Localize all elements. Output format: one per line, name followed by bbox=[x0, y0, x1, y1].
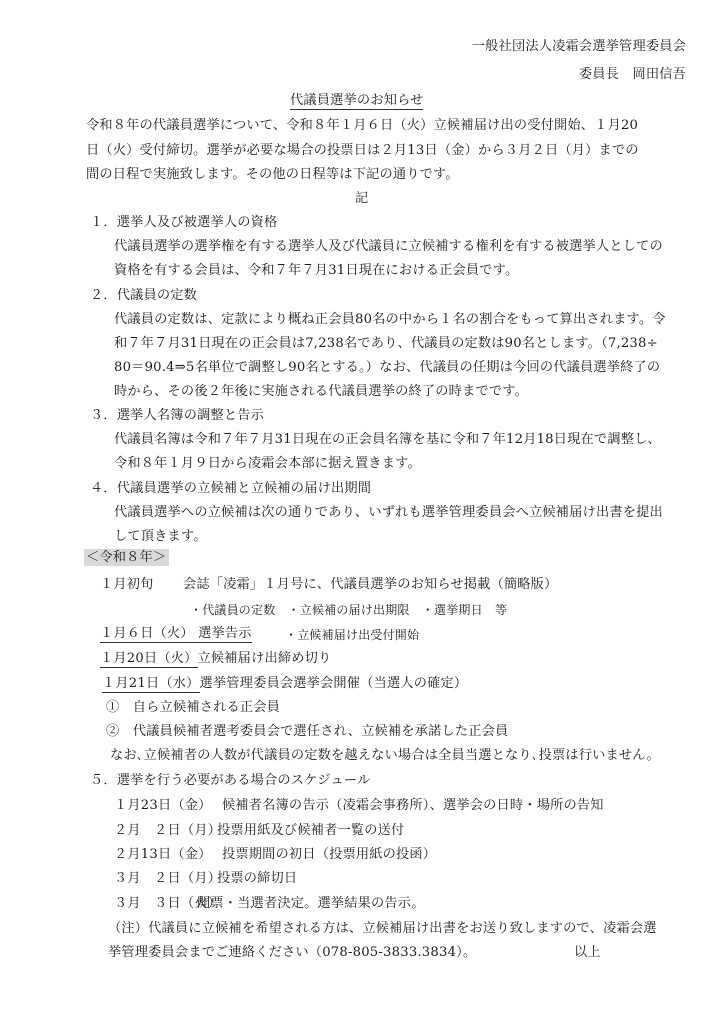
schedule-text: 会誌「凌霜」１月号に、代議員選挙のお知らせ掲載（簡略版） bbox=[183, 576, 557, 594]
schedule-row-jan21: １月21日（水）選挙管理委員会選挙会開催（当選人の確定） bbox=[102, 675, 467, 693]
section-heading: １．選挙人及び被選挙人の資格 bbox=[90, 214, 277, 232]
intro-line: 令和８年の代議員選挙について、令和８年１月６日（火）立候補届け出の受付開始、１月… bbox=[86, 117, 638, 135]
schedule-text: 投票の締切日 bbox=[217, 870, 297, 888]
document-title: 代議員選挙のお知らせ bbox=[290, 92, 423, 110]
schedule-row-jan6: １月６日（火） 選挙告示 bbox=[100, 625, 252, 643]
jan6-date-event: １月６日（火） 選挙告示 bbox=[100, 626, 252, 643]
section-line: 80＝90.4⇒5名単位で調整し90名とする。）なお、代議員の任期は今回の代議員… bbox=[114, 359, 660, 377]
jan21-date: １月21日（水） bbox=[102, 676, 200, 693]
jan6-date: １月６日（火） bbox=[100, 626, 194, 641]
section-line: 和７年７月31日現在の正会員は7,238名であり、代議員の定数は90名とします。… bbox=[114, 335, 658, 353]
schedule-date: ３月 ２日（月） bbox=[114, 870, 221, 888]
section-heading: ４．代議員選挙の立候補と立候補の届け出期間 bbox=[90, 480, 371, 498]
schedule-date: ２月 ２日（月） bbox=[114, 822, 221, 840]
jan20-event: 立候補届け出締め切り bbox=[198, 651, 332, 666]
footnote-line: 挙管理委員会までご連絡ください（078-805-3833.3834）。 bbox=[108, 944, 476, 962]
section-heading: ２．代議員の定数 bbox=[90, 287, 197, 305]
intro-line: 間の日程で実施致します。その他の日程等は下記の通りです。 bbox=[86, 166, 459, 184]
section-line: 代議員選挙への立候補は次の通りであり、いずれも選挙管理委員会へ立候補届け出書を提… bbox=[114, 504, 663, 522]
organization-name: 一般社団法人凌霜会選挙管理委員会 bbox=[472, 38, 686, 56]
schedule-date: １月23日（金） bbox=[114, 797, 212, 815]
section-line: 代議員名簿は令和７年７月31日現在の正会員名簿を基に令和７年12月18日現在で調… bbox=[114, 431, 661, 449]
schedule-text: 開票・当選者決定。選挙結果の告示。 bbox=[197, 895, 425, 913]
schedule-text: 投票期間の初日（投票用紙の投函） bbox=[222, 846, 436, 864]
jan6-event: 選挙告示 bbox=[198, 626, 252, 641]
jan6-note: ・立候補届け出受付開始 bbox=[285, 626, 419, 644]
schedule-text: 候補者名簿の告示（凌霜会事務所）、選挙会の日時・場所の告知 bbox=[222, 797, 604, 815]
section-heading: ３．選挙人名簿の調整と告示 bbox=[90, 407, 264, 425]
schedule-date: ２月13日（金） bbox=[114, 846, 212, 864]
schedule-bullets: ・代議員の定数 ・立候補の届け出期限 ・選挙期日 等 bbox=[190, 601, 507, 619]
section-line: 代議員の定数は、定款により概ね正会員80名の中から１名の割合をもって算出されます… bbox=[114, 311, 666, 329]
section-heading: ５．選挙を行う必要がある場合のスケジュール bbox=[90, 772, 370, 790]
closing-text: 以上 bbox=[574, 944, 601, 962]
schedule-note: なお､立候補者の人数が代議員の定数を越えない場合は全員当選となり､投票は行いませ… bbox=[110, 747, 660, 765]
candidate-type: ① 自ら立候補される正会員 bbox=[106, 699, 280, 717]
section-line: 時から、その後２年後に実施される代議員選挙の終了の時までです。 bbox=[114, 383, 528, 401]
candidate-type: ② 代議員候補者選考委員会で選任され、立候補を承諾した正会員 bbox=[106, 723, 508, 741]
year-label: ＜令和８年＞ bbox=[84, 549, 169, 567]
section-line: 代議員選挙の選挙権を有する選挙人及び代議員に立候補する権利を有する被選挙人として… bbox=[114, 238, 663, 256]
section-line: して頂きます。 bbox=[114, 528, 207, 546]
footnote-line: （注）代議員に立候補を希望される方は、立候補届け出書をお送り致しますので、凌霜会… bbox=[108, 920, 657, 938]
year-label-text: ＜令和８年＞ bbox=[84, 549, 169, 566]
section-line: 資格を有する会員は、令和７年７月31日現在における正会員です。 bbox=[114, 262, 518, 280]
title-text: 代議員選挙のお知らせ bbox=[290, 93, 423, 110]
schedule-row-jan20: １月20日（火）立候補届け出締め切り bbox=[100, 650, 331, 668]
section-line: 令和８年１月９日から凌霜会本部に据え置きます。 bbox=[114, 455, 421, 473]
schedule-date: １月初旬 bbox=[100, 576, 154, 594]
ki-label: 記 bbox=[355, 190, 368, 208]
jan20-date: １月20日（火） bbox=[100, 651, 198, 668]
schedule-text: 投票用紙及び候補者一覧の送付 bbox=[217, 822, 404, 840]
intro-line: 日（火）受付締切。選挙が必要な場合の投票日は２月13日（金）から３月２日（月）ま… bbox=[86, 142, 639, 160]
jan21-event: 選挙管理委員会選挙会開催（当選人の確定） bbox=[200, 676, 468, 691]
chair-name: 委員長 岡田信吾 bbox=[579, 66, 686, 84]
